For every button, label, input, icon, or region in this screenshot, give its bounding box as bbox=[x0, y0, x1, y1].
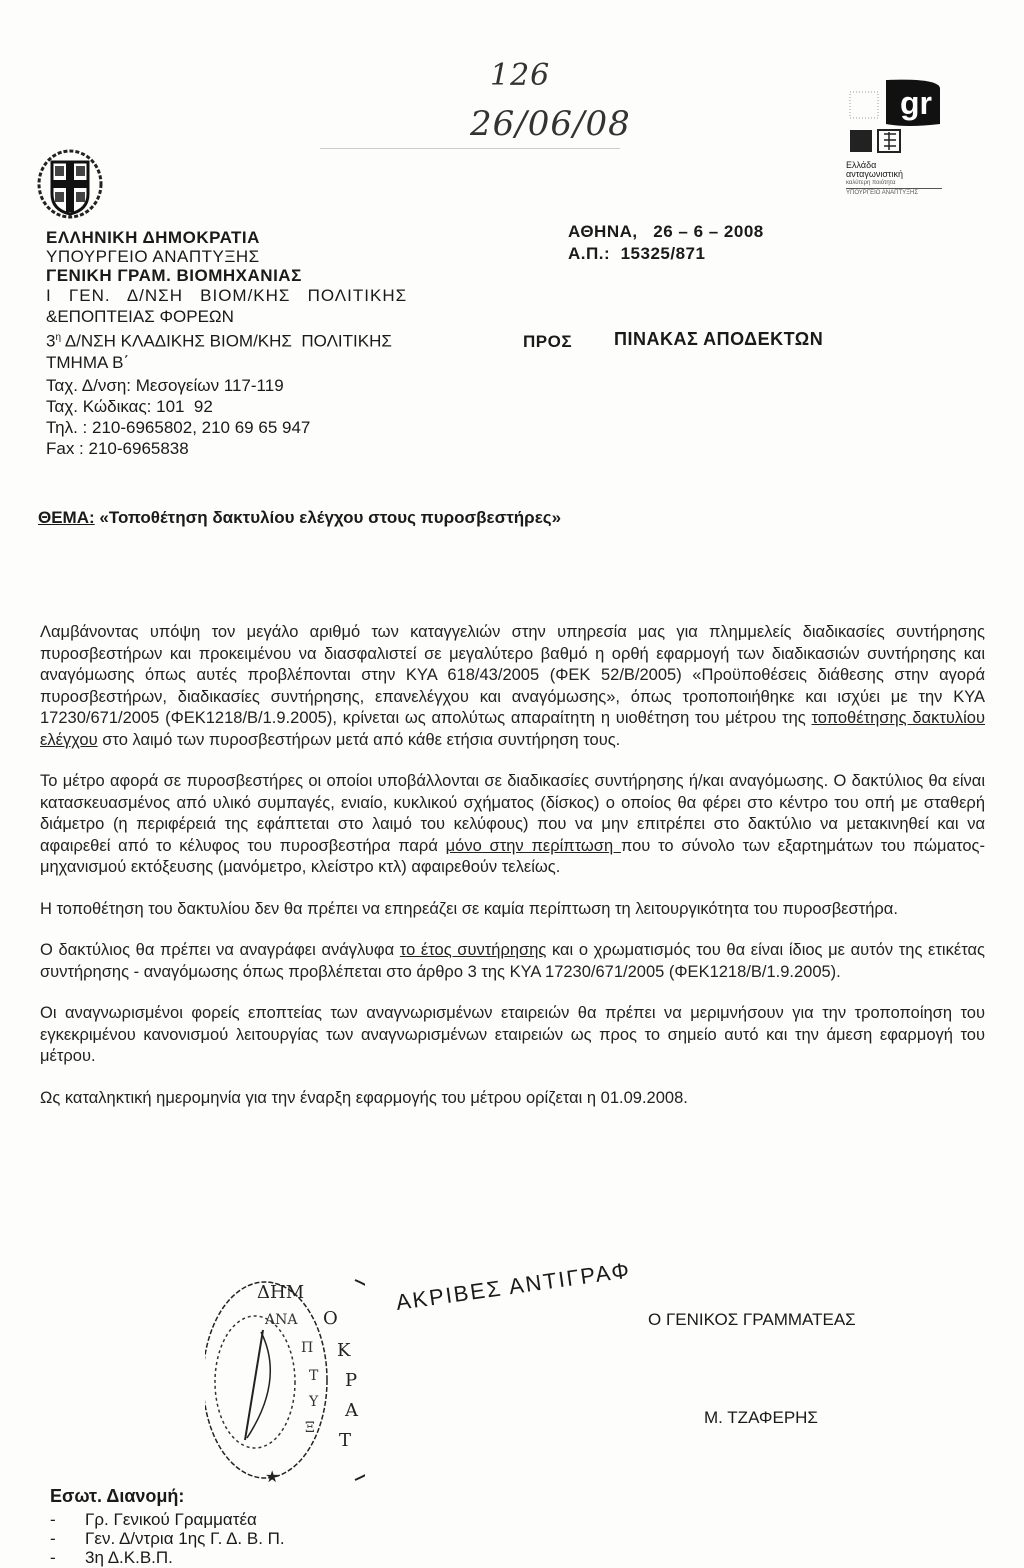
svg-text:Υ: Υ bbox=[308, 1394, 319, 1410]
gr-caption-4: ΥΠΟΥΡΓΕΙΟ ΑΝΑΠΤΥΞΗΣ bbox=[846, 188, 942, 198]
sender-postal-code: Ταχ. Κώδικας: 101 92 bbox=[46, 396, 407, 417]
paragraph-3: Η τοποθέτηση του δακτυλίου δεν θα πρέπει… bbox=[40, 899, 985, 921]
internal-distribution-list: -Γρ. Γενικού Γραμματέα -Γεν. Δ/ντρια 1ης… bbox=[50, 1510, 285, 1567]
distribution-item: -Γρ. Γενικού Γραμματέα bbox=[50, 1510, 285, 1529]
distribution-item: -3η Δ.Κ.Β.Π. bbox=[50, 1548, 285, 1567]
svg-text:ΔΗΜ: ΔΗΜ bbox=[257, 1282, 304, 1303]
svg-text:ΑΝΑ: ΑΝΑ bbox=[264, 1312, 298, 1328]
sender-fax: Fax : 210-6965838 bbox=[46, 438, 407, 459]
place-date: ΑΘΗΝΑ, 26 – 6 – 2008 bbox=[568, 222, 764, 241]
svg-text:Τ: Τ bbox=[309, 1368, 319, 1384]
svg-text:Π: Π bbox=[301, 1340, 313, 1356]
distribution-item-text: Γρ. Γενικού Γραμματέα bbox=[85, 1510, 257, 1529]
p1-text-b: στο λαιμό των πυροσβεστήρων μετά από κάθ… bbox=[98, 731, 621, 749]
sender-gen-secretariat: ΓΕΝΙΚΗ ΓΡΑΜ. ΒΙΟΜΗΧΑΝΙΑΣ bbox=[46, 266, 407, 285]
paragraph-4: Ο δακτύλιος θα πρέπει να αναγράφει ανάγλ… bbox=[40, 940, 985, 983]
coat-of-arms-emblem-icon bbox=[36, 148, 104, 220]
svg-text:Ο: Ο bbox=[323, 1308, 338, 1329]
sender-block: ΕΛΛΗΝΙΚΗ ΔΗΜΟΚΡΑΤΙΑ ΥΠΟΥΡΓΕΙΟ ΑΝΑΠΤΥΞΗΣ … bbox=[46, 228, 407, 459]
to-label: ΠΡΟΣ bbox=[523, 332, 572, 351]
p4-text-a: Ο δακτύλιος θα πρέπει να αναγράφει ανάγλ… bbox=[40, 941, 400, 959]
svg-text:Ξ: Ξ bbox=[305, 1420, 315, 1436]
paragraph-6: Ως καταληκτική ημερομηνία για την έναρξη… bbox=[40, 1088, 985, 1110]
distribution-item-text: Γεν. Δ/ντρια 1ης Γ. Δ. Β. Π. bbox=[85, 1529, 285, 1548]
gr-caption-3: καλύτερη ποιότητα bbox=[846, 179, 942, 188]
protocol-number: Α.Π.: 15325/871 bbox=[568, 244, 705, 263]
svg-text:Τ: Τ bbox=[339, 1430, 351, 1451]
svg-text:gr: gr bbox=[900, 85, 932, 121]
distribution-item: -Γεν. Δ/ντρια 1ης Γ. Δ. Β. Π. bbox=[50, 1529, 285, 1548]
distribution-item-text: 3η Δ.Κ.Β.Π. bbox=[85, 1548, 173, 1567]
sender-section: ΤΜΗΜΑ Β΄ bbox=[46, 352, 407, 373]
dept3-text: Δ/ΝΣΗ ΚΛΑΔΙΚΗΣ ΒΙΟΜ/ΚΗΣ ΠΟΛΙΤΙΚΗΣ bbox=[61, 332, 392, 351]
handwritten-date: 26/06/08 bbox=[470, 104, 631, 144]
signer-name: Μ. ΤΖΑΦΕΡΗΣ bbox=[704, 1408, 818, 1428]
handwritten-number: 126 bbox=[490, 58, 550, 93]
subject-line: ΘΕΜΑ: «Τοποθέτηση δακτυλίου ελέγχου στου… bbox=[38, 508, 561, 528]
svg-text:Α: Α bbox=[344, 1400, 359, 1421]
subject-label: ΘΕΜΑ: bbox=[38, 508, 95, 527]
subject-text: «Τοποθέτηση δακτυλίου ελέγχου στους πυρο… bbox=[95, 508, 561, 527]
sender-dept3: 3η Δ/ΝΣΗ ΚΛΑΔΙΚΗΣ ΒΙΟΜ/ΚΗΣ ΠΟΛΙΤΙΚΗΣ bbox=[46, 327, 407, 352]
sender-dept1: Ι ΓΕΝ. Δ/ΝΣΗ ΒΙΟΜ/ΚΗΣ ΠΟΛΙΤΙΚΗΣ bbox=[46, 285, 407, 306]
scan-artifact-line bbox=[320, 148, 620, 149]
sender-address: Ταχ. Δ/νση: Μεσογείων 117-119 bbox=[46, 375, 407, 396]
svg-text:Κ: Κ bbox=[337, 1340, 351, 1361]
p4-underlined: το έτος συντήρησης bbox=[400, 941, 547, 959]
official-stamp-icon: ΔΗΜ Ο Κ Ρ Α Τ ΑΝΑ Π Τ Υ Ξ ★ bbox=[205, 1270, 365, 1490]
to-recipients: ΠΙΝΑΚΑΣ ΑΠΟΔΕΚΤΩΝ bbox=[614, 330, 823, 349]
certified-copy-stamp: ΑΚΡΙΒΕΣ ΑΝΤΙΓΡΑΦ bbox=[394, 1257, 632, 1316]
paragraph-2: Το μέτρο αφορά σε πυροσβεστήρες οι οποίο… bbox=[40, 771, 985, 879]
paragraph-1: Λαμβάνοντας υπόψη τον μεγάλο αριθμό των … bbox=[40, 622, 985, 751]
signer-title: Ο ΓΕΝΙΚΟΣ ΓΡΑΜΜΑΤΕΑΣ bbox=[648, 1310, 856, 1330]
svg-text:★: ★ bbox=[265, 1467, 279, 1486]
internal-distribution-title: Εσωτ. Διανομή: bbox=[50, 1486, 184, 1507]
sender-phone: Τηλ. : 210-6965802, 210 69 65 947 bbox=[46, 417, 407, 438]
greece-competitive-logo: gr Ελλάδα ανταγωνιστική καλύτερη ποιότητ… bbox=[846, 78, 942, 208]
sender-dept2: &ΕΠΟΠΤΕΙΑΣ ΦΟΡΕΩΝ bbox=[46, 306, 407, 327]
sender-republic: ΕΛΛΗΝΙΚΗ ΔΗΜΟΚΡΑΤΙΑ bbox=[46, 228, 407, 247]
p2-underlined: μόνο στην περίπτωση bbox=[446, 837, 621, 855]
gr-caption-2: ανταγωνιστική bbox=[846, 170, 942, 179]
sender-ministry: ΥΠΟΥΡΓΕΙΟ ΑΝΑΠΤΥΞΗΣ bbox=[46, 247, 407, 266]
letter-body: Λαμβάνοντας υπόψη τον μεγάλο αριθμό των … bbox=[40, 622, 985, 1129]
paragraph-5: Οι αναγνωρισμένοι φορείς εποπτείας των α… bbox=[40, 1003, 985, 1068]
svg-text:Ρ: Ρ bbox=[345, 1370, 357, 1391]
